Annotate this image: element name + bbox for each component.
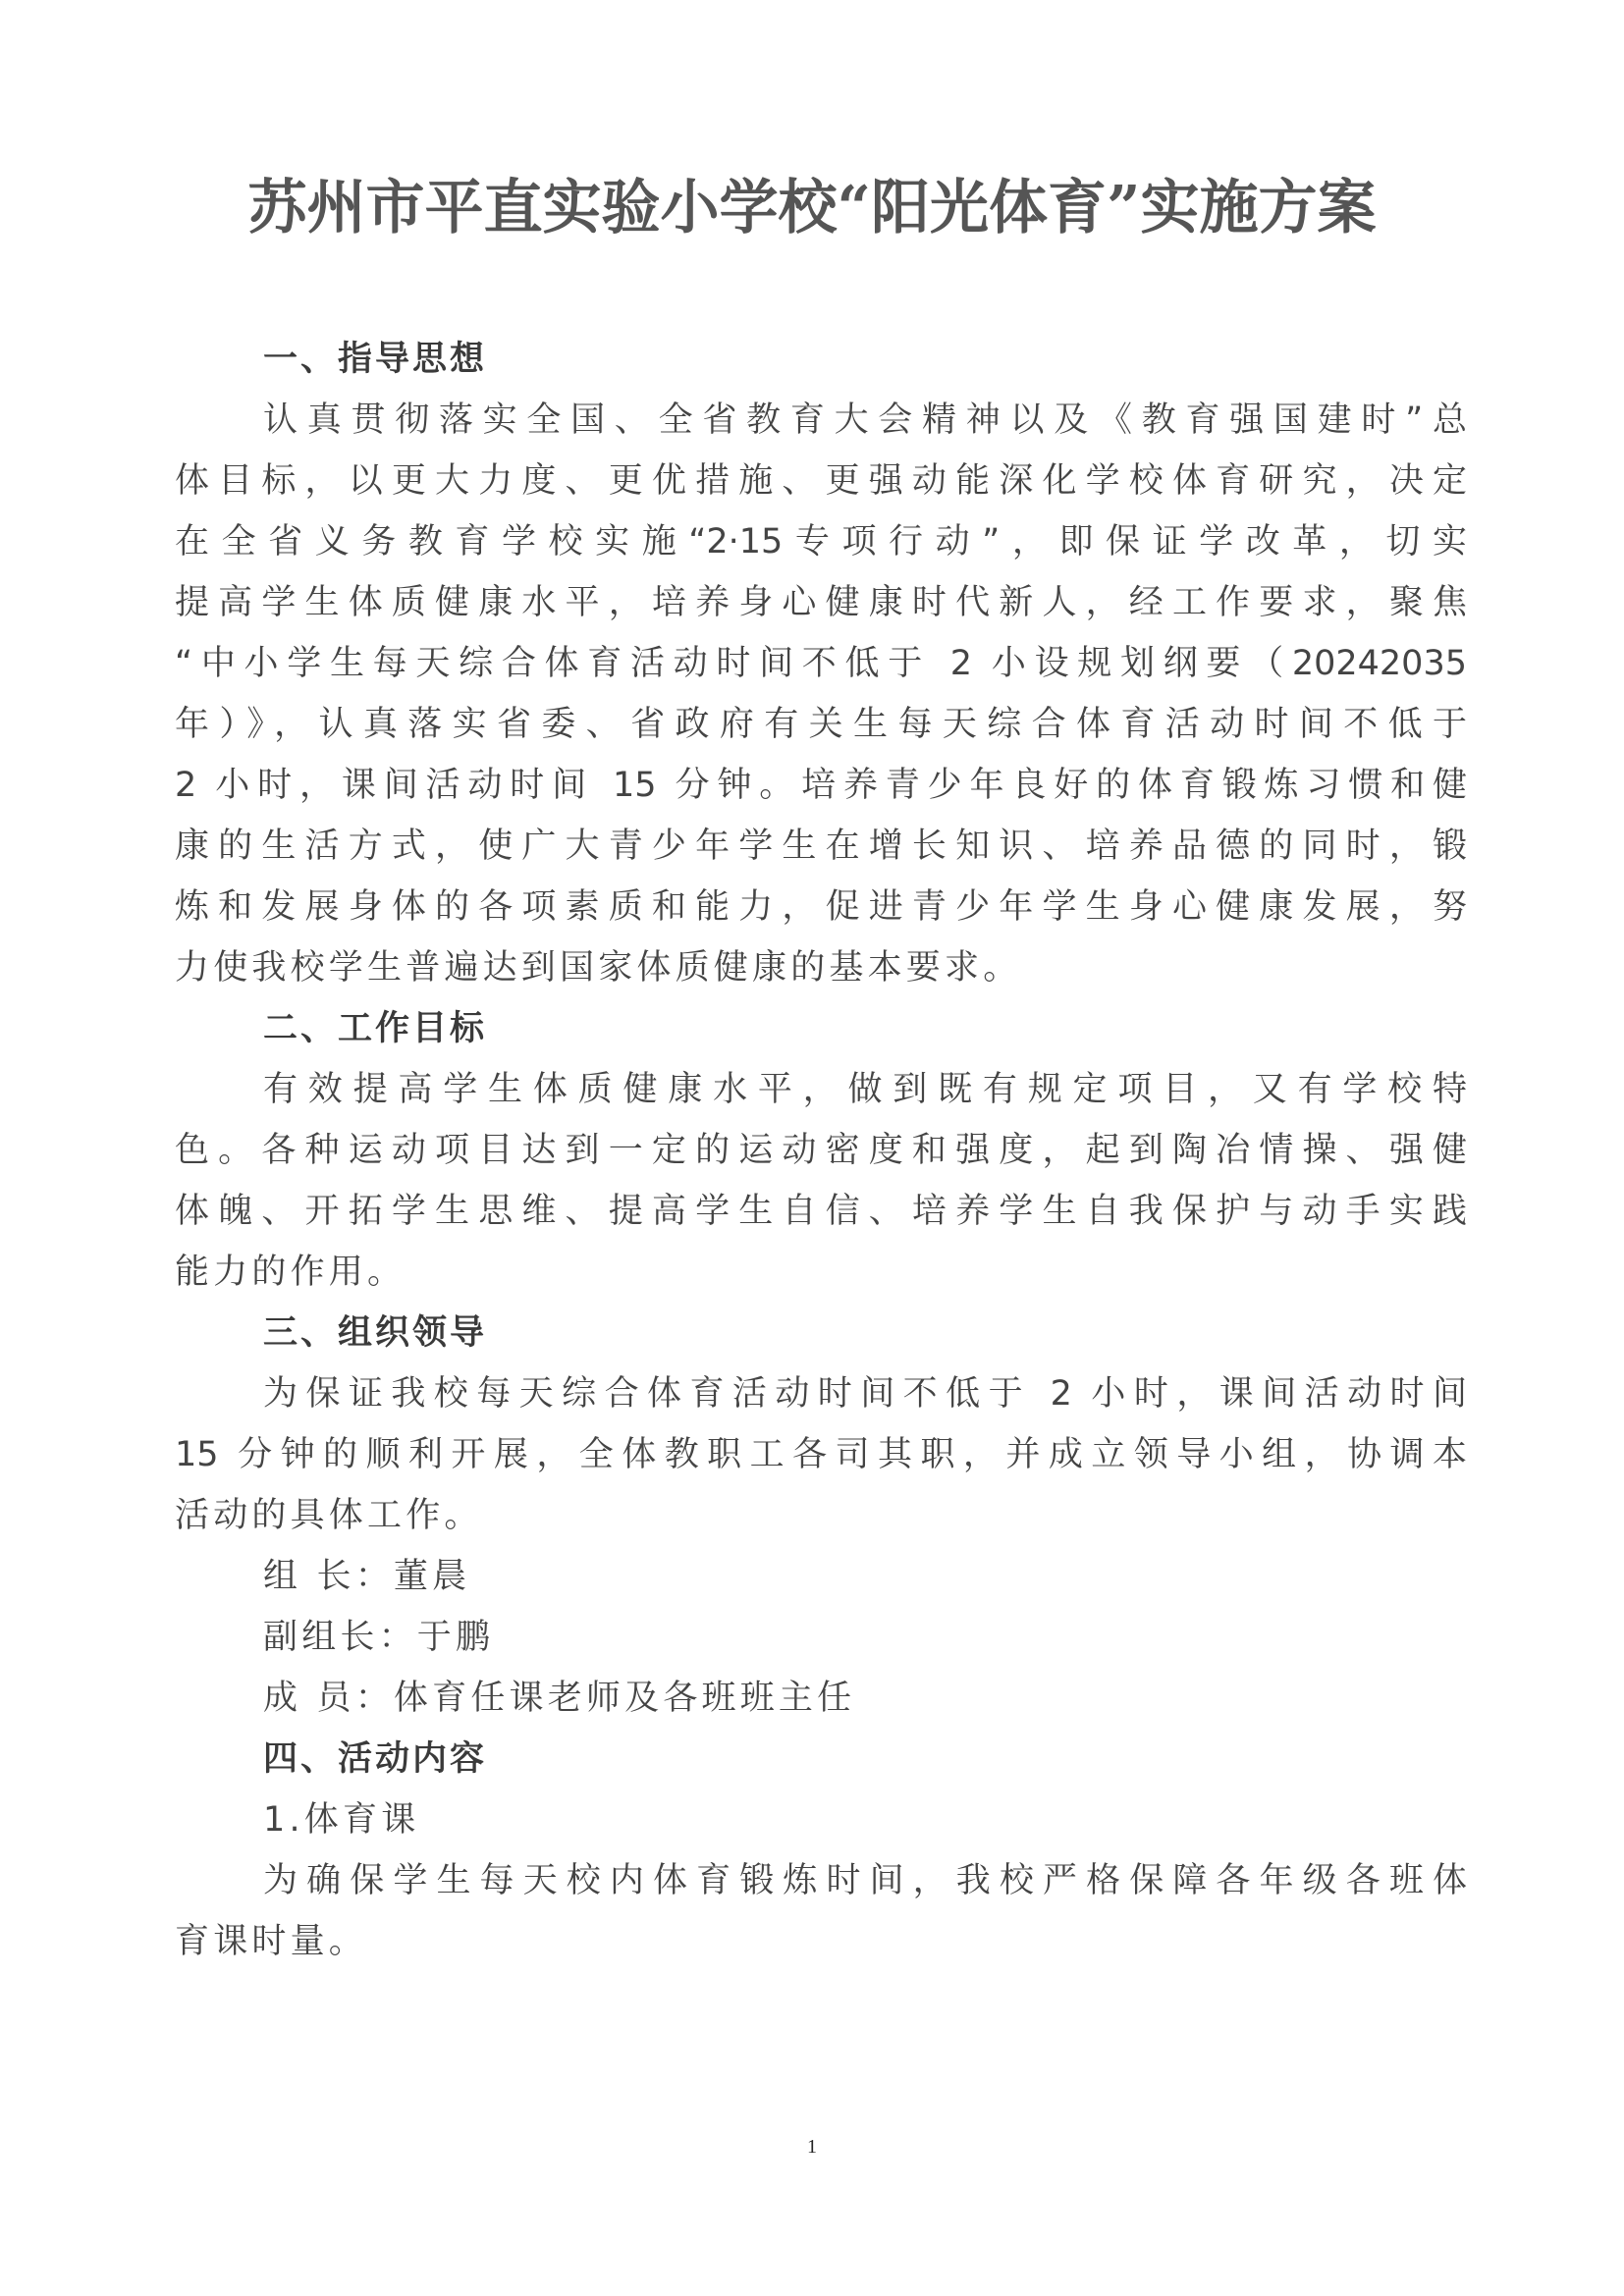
subsection-heading-pe-class: 1.体育课: [175, 1789, 1467, 1850]
paragraph-line: 康的生活方式，使广大青少年学生在增长知识、培养品德的同时，锻: [175, 816, 1467, 877]
section-heading-work-goals: 二、工作目标: [175, 998, 1467, 1059]
paragraph-line: 年）》，认真落实省委、省政府有关生每天综合体育活动时间不低于: [175, 694, 1467, 755]
paragraph-line: 活动的具体工作。: [175, 1485, 1467, 1546]
paragraph-line: 为确保学生每天校内体育锻炼时间，我校严格保障各年级各班体: [175, 1850, 1467, 1911]
paragraph-line: 体目标，以更大力度、更优措施、更强动能深化学校体育研究，决定: [175, 451, 1467, 511]
paragraph-line: 能力的作用。: [175, 1242, 1467, 1303]
document-page: 苏州市平直实验小学校“阳光体育”实施方案 一、指导思想 认真贯彻落实全国、全省教…: [0, 0, 1624, 2296]
paragraph-line: 2 小时，课间活动时间 15 分钟。培养青少年良好的体育锻炼习惯和健: [175, 755, 1467, 816]
team-leader-line: 组 长：董晨: [175, 1546, 1467, 1607]
paragraph-line: 有效提高学生体质健康水平，做到既有规定项目，又有学校特: [175, 1059, 1467, 1120]
paragraph-line: 色。各种运动项目达到一定的运动密度和强度，起到陶冶情操、强健: [175, 1120, 1467, 1181]
document-title: 苏州市平直实验小学校“阳光体育”实施方案: [0, 169, 1624, 247]
paragraph-line: 力使我校学生普遍达到国家体质健康的基本要求。: [175, 937, 1467, 998]
paragraph-line: 在全省义务教育学校实施“2·15专项行动”，即保证学改革，切实: [175, 511, 1467, 572]
page-number: 1: [0, 2136, 1624, 2159]
deputy-leader-line: 副组长：于鹏: [175, 1607, 1467, 1668]
paragraph-line: 为保证我校每天综合体育活动时间不低于 2 小时，课间活动时间: [175, 1363, 1467, 1424]
section-heading-organization: 三、组织领导: [175, 1303, 1467, 1363]
paragraph-line: 提高学生体质健康水平，培养身心健康时代新人，经工作要求，聚焦: [175, 572, 1467, 633]
paragraph-line: 认真贯彻落实全国、全省教育大会精神以及《教育强国建时”总: [175, 390, 1467, 451]
paragraph-line: 15 分钟的顺利开展，全体教职工各司其职，并成立领导小组，协调本: [175, 1424, 1467, 1485]
paragraph-line: 体魄、开拓学生思维、提高学生自信、培养学生自我保护与动手实践: [175, 1181, 1467, 1242]
paragraph-line: “中小学生每天综合体育活动时间不低于 2 小设规划纲要（20242035: [175, 633, 1467, 694]
section-heading-guiding-ideology: 一、指导思想: [175, 329, 1467, 390]
section-heading-activities: 四、活动内容: [175, 1729, 1467, 1789]
members-line: 成 员：体育任课老师及各班班主任: [175, 1668, 1467, 1729]
paragraph-line: 炼和发展身体的各项素质和能力，促进青少年学生身心健康发展，努: [175, 877, 1467, 937]
document-body: 一、指导思想 认真贯彻落实全国、全省教育大会精神以及《教育强国建时”总 体目标，…: [175, 329, 1467, 1972]
paragraph-line: 育课时量。: [175, 1911, 1467, 1972]
